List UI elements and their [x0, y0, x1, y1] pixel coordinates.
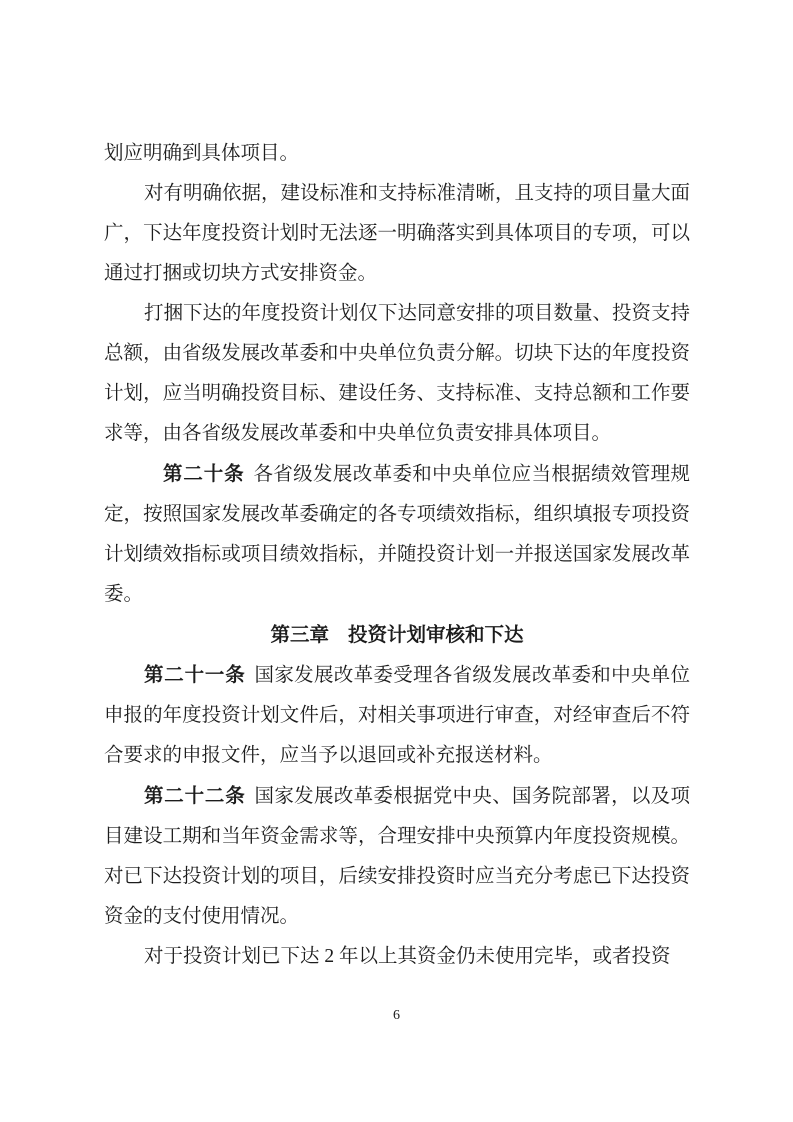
article-22-paragraph: 第二十二条国家发展改革委根据党中央、国务院部署，以及项目建设工期和当年资金需求等… — [104, 776, 690, 937]
paragraph: 对有明确依据，建设标准和支持标准清晰，且支持的项目量大面广，下达年度投资计划时无… — [104, 174, 690, 294]
article-20-number: 第二十条 — [163, 463, 244, 485]
article-20-text: 各省级发展改革委和中央单位应当根据绩效管理规定，按照国家发展改革委确定的各专项绩… — [104, 464, 690, 605]
document-body: 划应明确到具体项目。 对有明确依据，建设标准和支持标准清晰，且支持的项目量大面广… — [104, 134, 690, 977]
article-21-paragraph: 第二十一条国家发展改革委受理各省级发展改革委和中央单位申报的年度投资计划文件后，… — [104, 655, 690, 776]
article-22-number: 第二十二条 — [144, 785, 246, 807]
chapter-number: 第三章 — [270, 624, 329, 646]
paragraph-continuation: 划应明确到具体项目。 — [104, 134, 690, 174]
article-21-number: 第二十一条 — [144, 664, 246, 686]
article-20-paragraph: 第二十条各省级发展改革委和中央单位应当根据绩效管理规定，按照国家发展改革委确定的… — [104, 454, 690, 615]
paragraph: 打捆下达的年度投资计划仅下达同意安排的项目数量、投资支持总额，由省级发展改革委和… — [104, 294, 690, 454]
paragraph: 对于投资计划已下达 2 年以上其资金仍未使用完毕，或者投资 — [104, 937, 690, 977]
chapter-title: 投资计划审核和下达 — [348, 624, 524, 646]
article-22-text: 国家发展改革委根据党中央、国务院部署，以及项目建设工期和当年资金需求等，合理安排… — [104, 786, 690, 927]
page-number: 6 — [0, 1006, 793, 1026]
document-page: 划应明确到具体项目。 对有明确依据，建设标准和支持标准清晰，且支持的项目量大面广… — [0, 0, 793, 1122]
chapter-heading: 第三章投资计划审核和下达 — [104, 615, 690, 655]
